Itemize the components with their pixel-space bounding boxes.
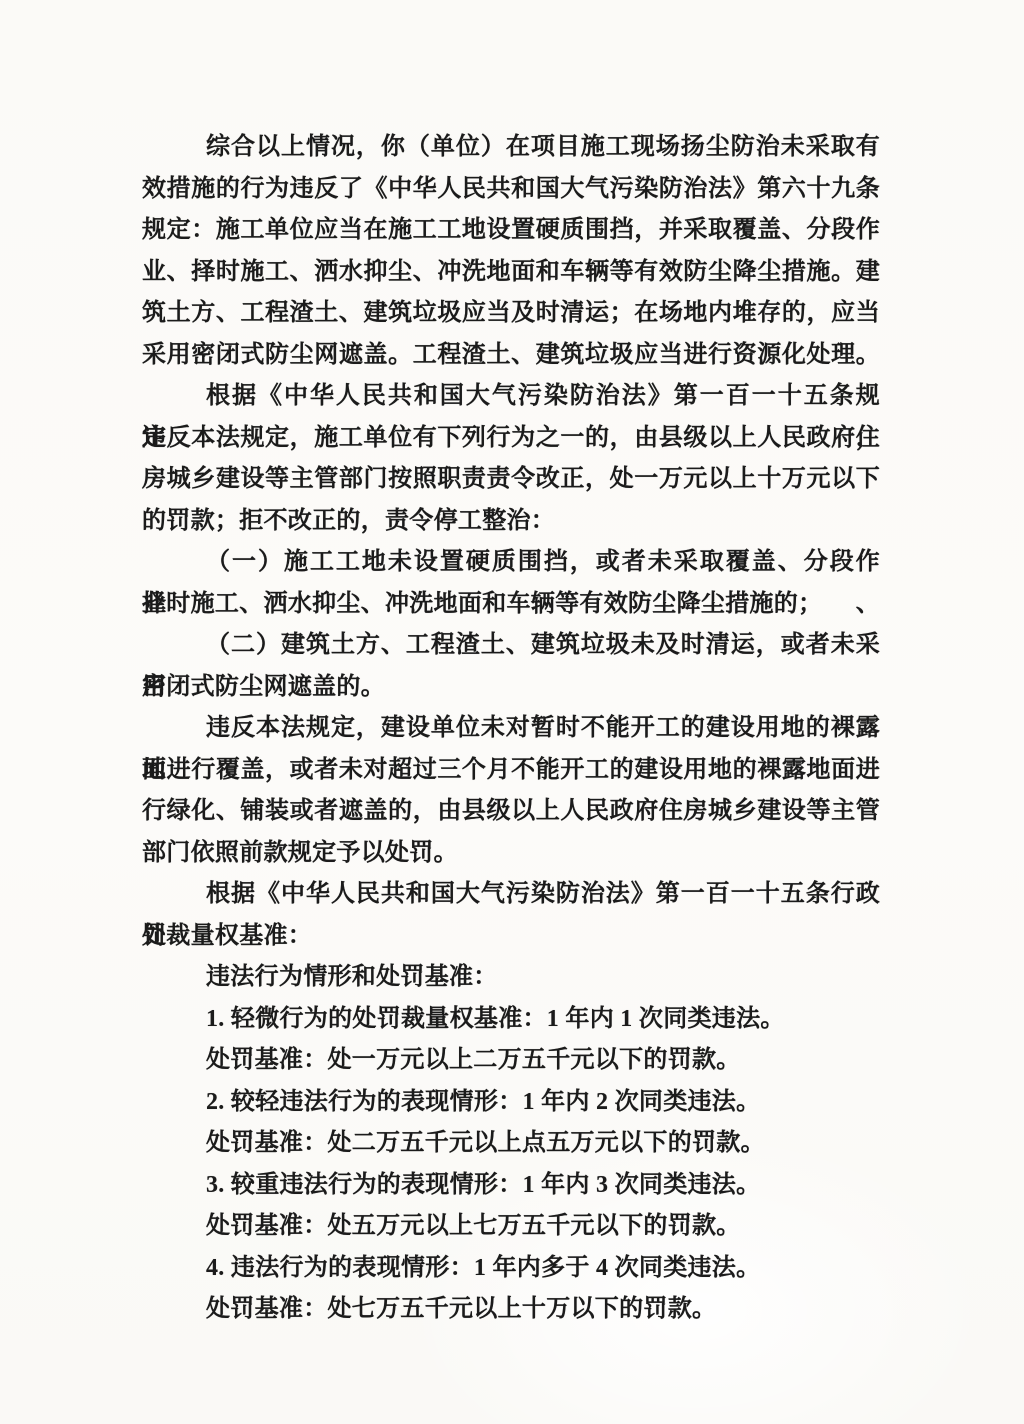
text-line: 根据《中华人民共和国大气污染防治法》第一百一十五条行政处 <box>142 874 880 916</box>
text-line: 3. 较重违法行为的表现情形：1 年内 3 次同类违法。 <box>142 1165 880 1207</box>
text-line: 择时施工、洒水抑尘、冲洗地面和车辆等有效防尘降尘措施的； <box>142 584 880 626</box>
text-line: 综合以上情况，你（单位）在项目施工现场扬尘防治未采取有 <box>142 127 880 169</box>
document-page: 综合以上情况，你（单位）在项目施工现场扬尘防治未采取有效措施的行为违反了《中华人… <box>0 0 1024 1424</box>
text-line: 处罚基准：处七万五千元以上十万以下的罚款。 <box>142 1289 880 1331</box>
text-line: 罚裁量权基准： <box>142 916 880 958</box>
text-line: 处罚基准：处五万元以上七万五千元以下的罚款。 <box>142 1206 880 1248</box>
text-line: 行绿化、铺装或者遮盖的，由县级以上人民政府住房城乡建设等主管 <box>142 791 880 833</box>
text-line: 处罚基准：处二万五千元以上点五万元以下的罚款。 <box>142 1123 880 1165</box>
text-line: 的罚款；拒不改正的，责令停工整治： <box>142 501 880 543</box>
text-line: 违反本法规定，施工单位有下列行为之一的，由县级以上人民政府住 <box>142 418 880 460</box>
text-line: 规定：施工单位应当在施工工地设置硬质围挡，并采取覆盖、分段作 <box>142 210 880 252</box>
text-line: 违法行为情形和处罚基准： <box>142 957 880 999</box>
text-line: 4. 违法行为的表现情形：1 年内多于 4 次同类违法。 <box>142 1248 880 1290</box>
text-line: 面进行覆盖，或者未对超过三个月不能开工的建设用地的裸露地面进 <box>142 750 880 792</box>
text-line: 筑土方、工程渣土、建筑垃圾应当及时清运；在场地内堆存的，应当 <box>142 293 880 335</box>
text-line: （二）建筑土方、工程渣土、建筑垃圾未及时清运，或者未采用 <box>142 625 880 667</box>
text-line: （一）施工工地未设置硬质围挡，或者未采取覆盖、分段作业、 <box>142 542 880 584</box>
text-line: 处罚基准：处一万元以上二万五千元以下的罚款。 <box>142 1040 880 1082</box>
document-text-body: 综合以上情况，你（单位）在项目施工现场扬尘防治未采取有效措施的行为违反了《中华人… <box>142 127 880 1331</box>
text-line: 业、择时施工、洒水抑尘、冲洗地面和车辆等有效防尘降尘措施。建 <box>142 252 880 294</box>
text-line: 采用密闭式防尘网遮盖。工程渣土、建筑垃圾应当进行资源化处理。 <box>142 335 880 377</box>
text-line: 效措施的行为违反了《中华人民共和国大气污染防治法》第六十九条 <box>142 169 880 211</box>
text-line: 2. 较轻违法行为的表现情形：1 年内 2 次同类违法。 <box>142 1082 880 1124</box>
text-line: 1. 轻微行为的处罚裁量权基准：1 年内 1 次同类违法。 <box>142 999 880 1041</box>
text-line: 违反本法规定，建设单位未对暂时不能开工的建设用地的裸露地 <box>142 708 880 750</box>
text-line: 房城乡建设等主管部门按照职责责令改正，处一万元以上十万元以下 <box>142 459 880 501</box>
text-line: 根据《中华人民共和国大气污染防治法》第一百一十五条规定， <box>142 376 880 418</box>
text-line: 部门依照前款规定予以处罚。 <box>142 833 880 875</box>
text-line: 密闭式防尘网遮盖的。 <box>142 667 880 709</box>
